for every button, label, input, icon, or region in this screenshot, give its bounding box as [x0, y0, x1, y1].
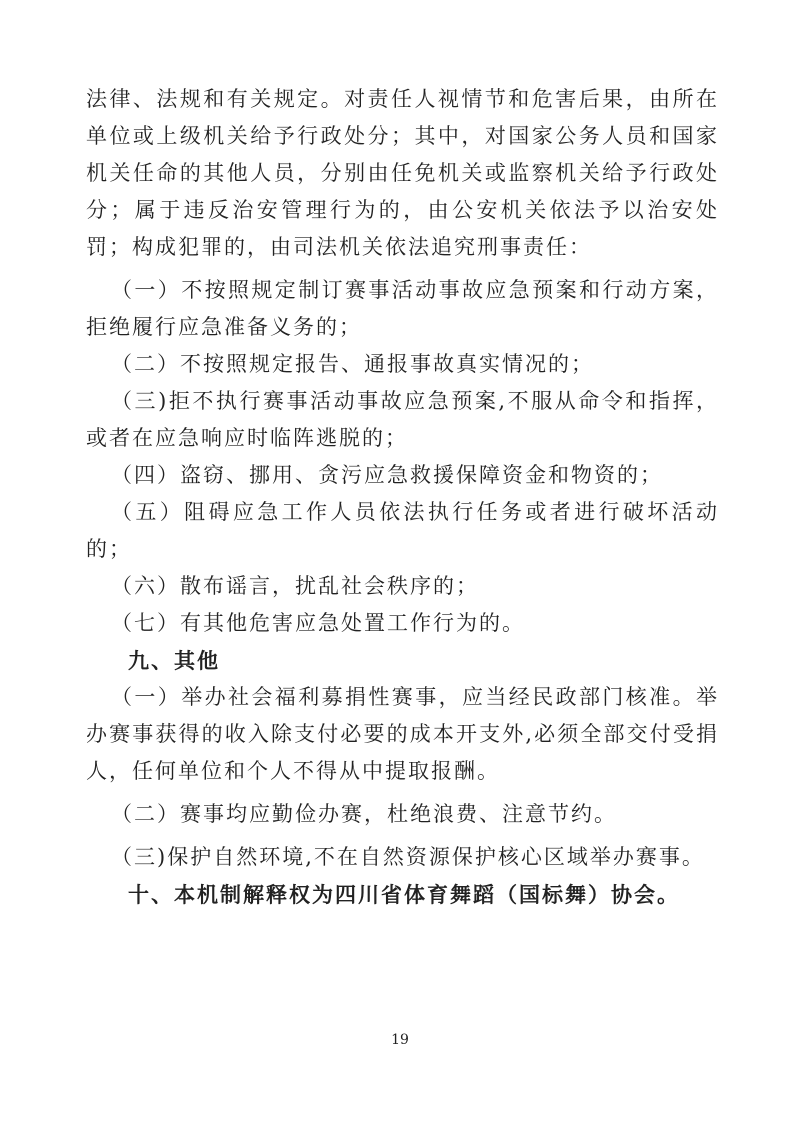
list-item-5: （五）阻碍应急工作人员依法执行任务或者进行破坏活动的；: [86, 494, 719, 568]
paragraph-continuation: 法律、法规和有关规定。对责任人视情节和危害后果，由所在单位或上级机关给予行政处分…: [86, 81, 719, 266]
document-page: 法律、法规和有关规定。对责任人视情节和危害后果，由所在单位或上级机关给予行政处分…: [0, 0, 800, 1131]
list-item-4: （四）盗窃、挪用、贪污应急救援保障资金和物资的；: [86, 457, 719, 494]
page-number: 19: [0, 1032, 800, 1048]
list-item-2: （二）不按照规定报告、通报事故真实情况的；: [86, 346, 719, 383]
list-item-6: （六）散布谣言，扰乱社会秩序的；: [86, 568, 719, 605]
section-nine-item-2: （二）赛事均应勤俭办赛，杜绝浪费、注意节约。: [86, 796, 719, 833]
section-heading-ten: 十、本机制解释权为四川省体育舞蹈（国标舞）协会。: [86, 876, 719, 913]
section-nine-item-1: （一）举办社会福利募捐性赛事，应当经民政部门核准。举办赛事获得的收入除支付必要的…: [86, 679, 719, 790]
list-item-7: （七）有其他危害应急处置工作行为的。: [86, 605, 719, 642]
section-heading-nine: 九、其他: [86, 642, 719, 679]
list-item-1: （一）不按照规定制订赛事活动事故应急预案和行动方案，拒绝履行应急准备义务的；: [86, 272, 719, 346]
document-content: 法律、法规和有关规定。对责任人视情节和危害后果，由所在单位或上级机关给予行政处分…: [86, 81, 719, 913]
section-nine-item-3: （三)保护自然环境,不在自然资源保护核心区域举办赛事。: [86, 839, 719, 876]
list-item-3: （三)拒不执行赛事活动事故应急预案,不服从命令和指挥，或者在应急响应时临阵逃脱的…: [86, 383, 719, 457]
